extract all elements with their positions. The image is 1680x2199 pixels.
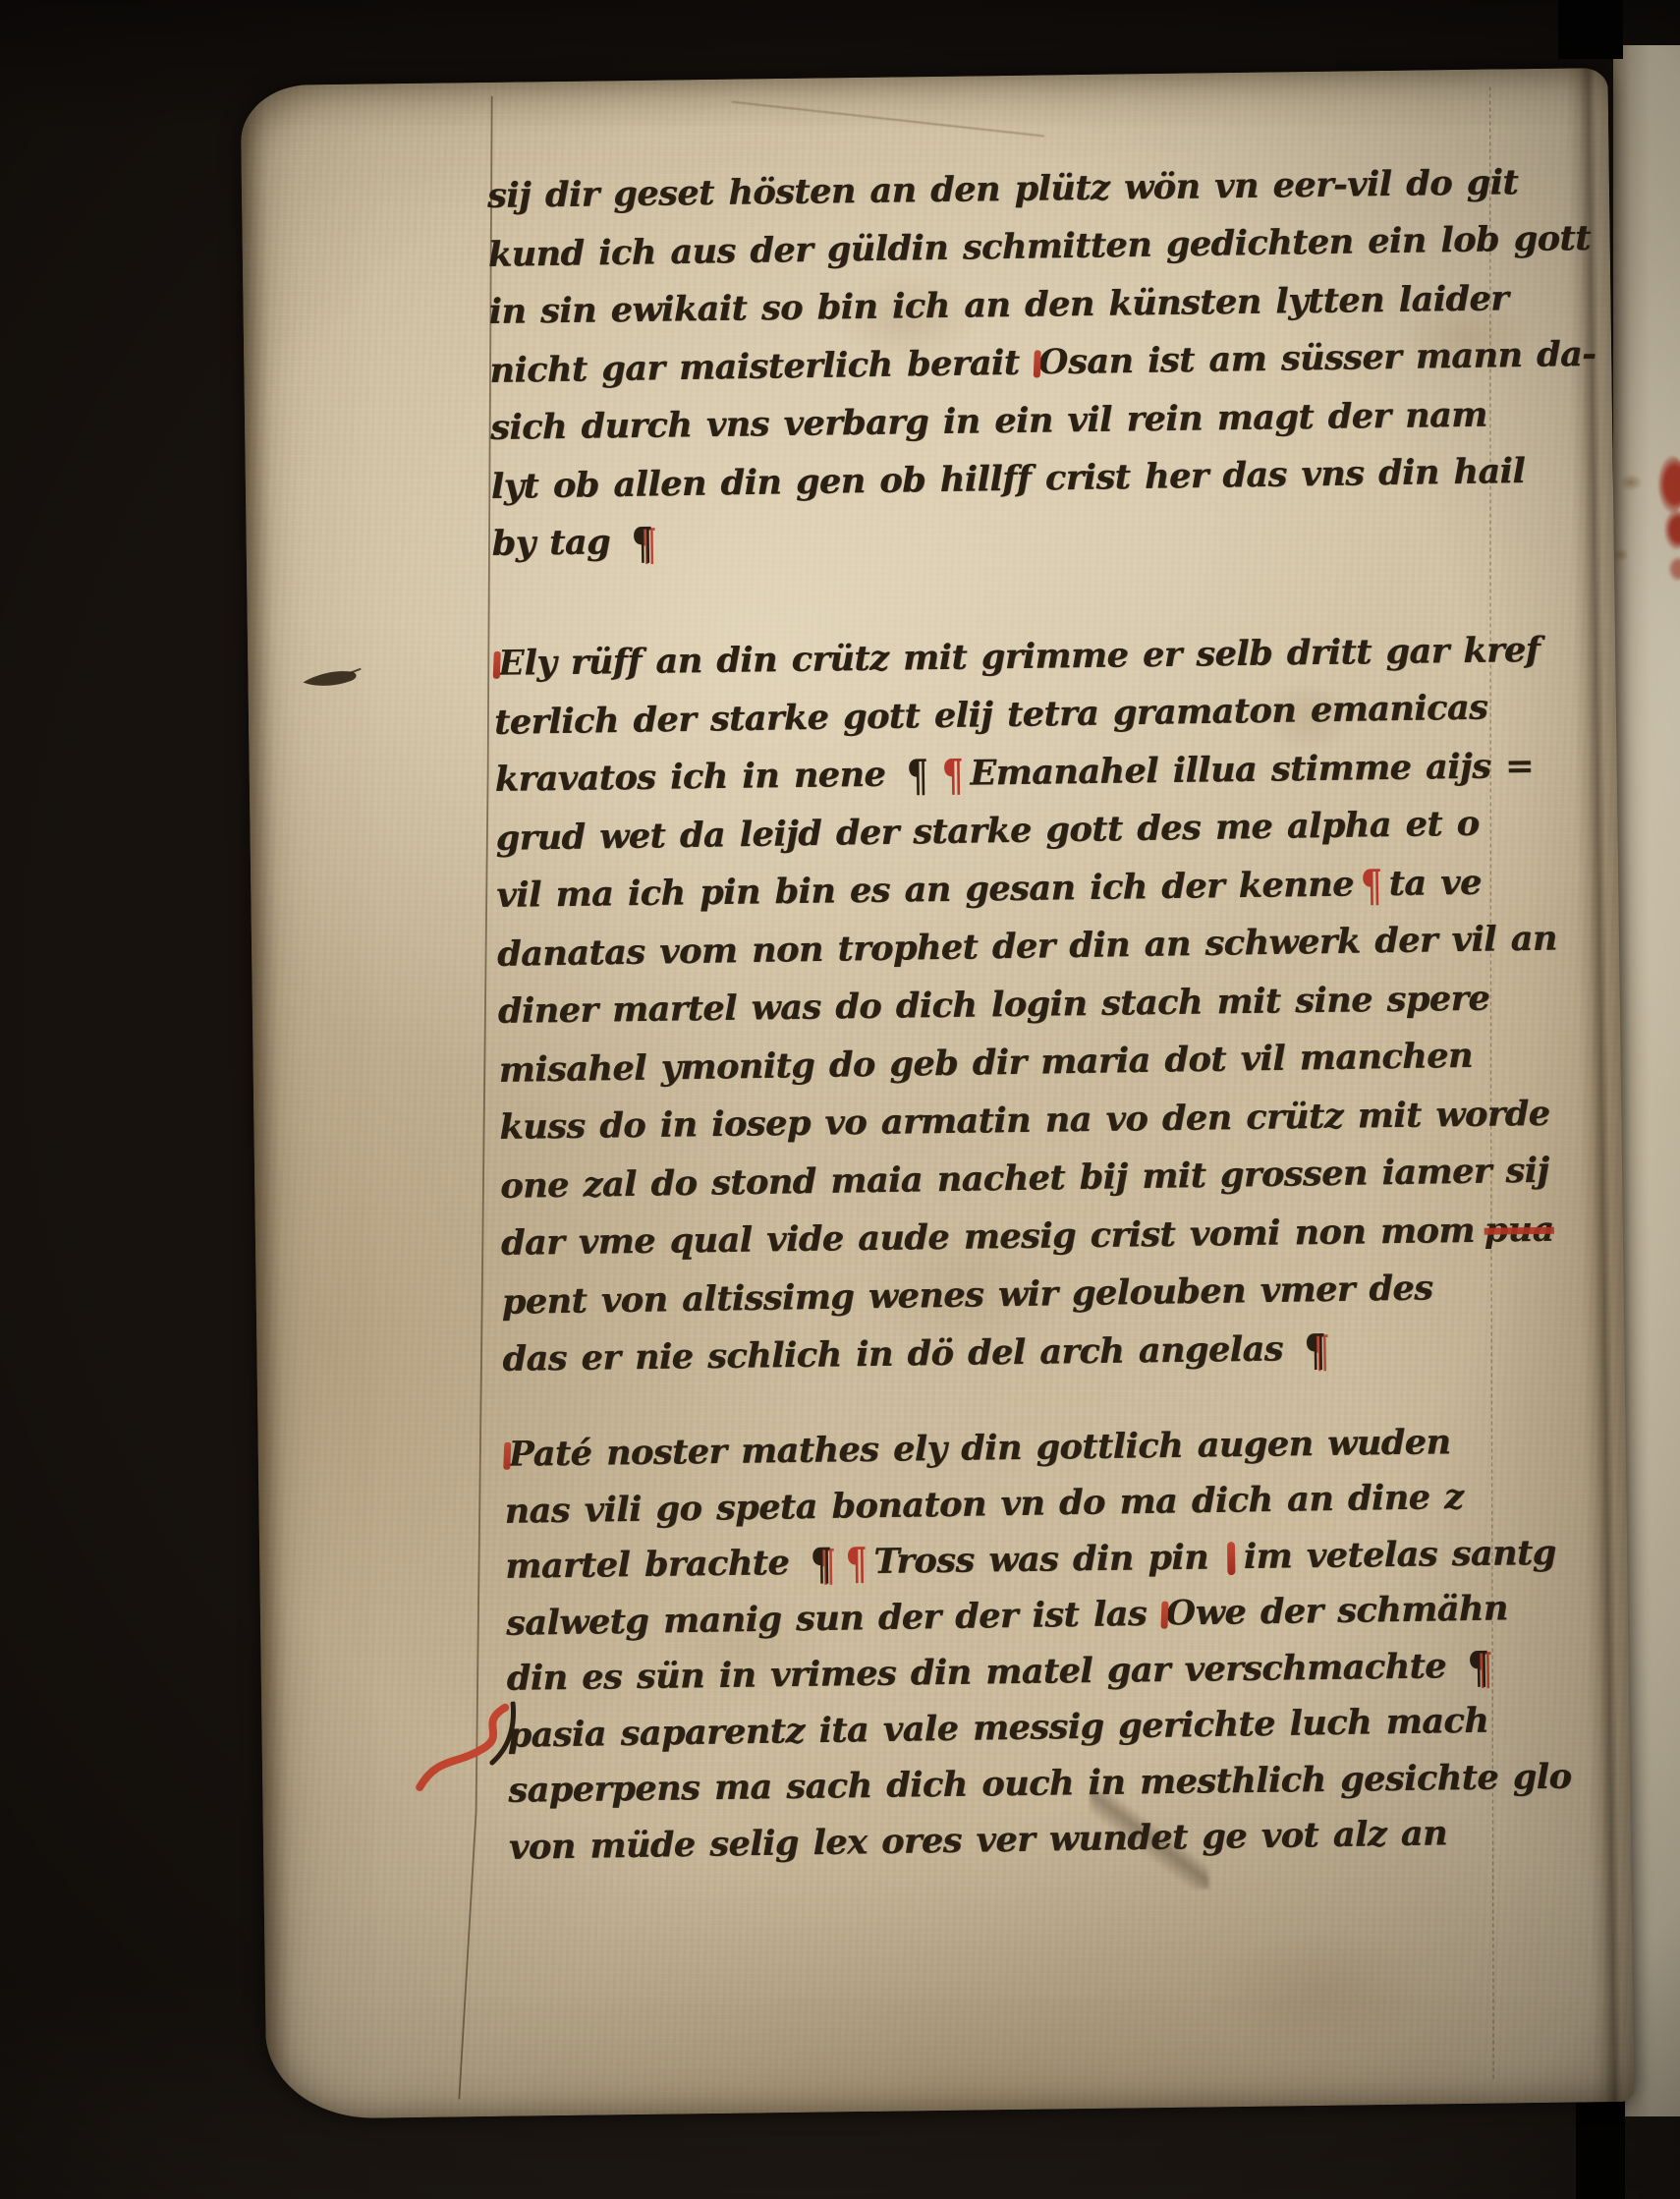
manuscript-page: sij dir geset hösten an den plütz wön vn…: [241, 68, 1635, 2119]
text-run: san ist am süsser mann da-: [1068, 334, 1596, 382]
text-run: terlich der starke gott elij tetra grama…: [494, 688, 1488, 743]
text-run: sich durch vns verbarg in ein vil rein m…: [490, 395, 1487, 448]
text-run: vil ma ich pin bin es an gesan ich der k…: [496, 864, 1354, 915]
pilcrow-mark: ¶: [631, 507, 653, 582]
text-run: lyt ob allen din gen ob hillff crist her…: [491, 451, 1526, 507]
text-run: dar vme qual vide aude mesig crist vomi …: [501, 1211, 1475, 1264]
page-gap-shadow-bottom: [1576, 2101, 1625, 2199]
red-stroke-mark: [1226, 1542, 1234, 1575]
paragraph-1: sij dir geset hösten an den plütz wön vn…: [487, 152, 1598, 573]
text-run: we der schmähn: [1195, 1588, 1508, 1633]
page-gap-shadow-top: [1558, 0, 1623, 59]
text-run: salwetg manig sun der der ist las: [506, 1594, 1161, 1644]
stain: [1619, 474, 1643, 491]
text-run: kund ich aus der güldin schmitten gedich…: [487, 218, 1591, 275]
red-initial-stroke: [503, 1442, 511, 1470]
text-run: nas vili go speta bonaton vn do ma dich …: [504, 1477, 1463, 1532]
text-run: in sin ewikait so bin ich an den künsten…: [488, 278, 1508, 332]
red-edge-mark-lower: [1664, 509, 1680, 550]
text-run: danatas vom non trophet der din an schwe…: [497, 918, 1557, 974]
rubricated-initial: E: [493, 643, 525, 683]
text-run: ta ve: [1388, 863, 1482, 904]
text-run: misahel ymonitg do geb dir maria dot vil…: [498, 1036, 1473, 1091]
text-run: das er nie schlich in dö del arch angela…: [502, 1328, 1298, 1380]
red-initial-stroke: [493, 651, 501, 679]
text-run: von müde selig lex ores ver wundet ge vo…: [509, 1813, 1447, 1867]
text-run: one zal do stond maia nachet bij mit gro…: [500, 1151, 1549, 1207]
rubricated-initial: O: [1160, 1593, 1196, 1634]
text-run: im vetelas santg: [1243, 1533, 1555, 1577]
text-run: pasia saparentz ita vale messig gerichte…: [507, 1701, 1488, 1756]
text-run: pent von altissimg wenes wir gelouben vm…: [501, 1268, 1432, 1322]
text-run: kuss do in iosep vo armatin na vo den cr…: [499, 1094, 1550, 1148]
pilcrow-mark: ¶: [1304, 1314, 1326, 1388]
text-run: diner martel was do dich login stach mit…: [498, 979, 1490, 1032]
text-run: kravatos ich in nene: [495, 754, 901, 799]
text-run: nicht gar maisterlich berait: [489, 342, 1034, 390]
text-run: martel brachte: [505, 1543, 804, 1587]
text-run: by tag: [491, 522, 625, 564]
strikethrough-word: pua: [1484, 1210, 1554, 1251]
text-run: din es sün in vrimes din matel gar versc…: [506, 1646, 1460, 1699]
text-run: grud wet da leijd der starke gott des me…: [495, 804, 1480, 859]
paragraph-3: Paté noster mathes ely din gottlich auge…: [503, 1413, 1572, 1875]
text-run: até noster mathes ely din gottlich augen…: [532, 1422, 1450, 1474]
manuscript-photo: sij dir geset hösten an den plütz wön vn…: [0, 0, 1680, 2199]
text-run: Tross was din pin: [873, 1537, 1223, 1582]
text-run: saperpens ma sach dich ouch in mesthlich…: [508, 1757, 1572, 1811]
rubricated-initial: O: [1034, 342, 1069, 383]
text-run: Emanahel illua stimme aijs =: [970, 746, 1534, 794]
rubricated-initial: P: [504, 1434, 533, 1474]
text-block: sij dir geset hösten an den plütz wön vn…: [241, 68, 1635, 2119]
red-edge-mark-faint: [1668, 556, 1680, 582]
red-edge-mark-upper: [1658, 456, 1680, 513]
text-run: sij dir geset hösten an den plütz wön vn…: [487, 162, 1519, 216]
text-run: ly rüff an din crütz mit grimme er selb …: [524, 630, 1540, 684]
red-initial-stroke: [1160, 1601, 1168, 1628]
paragraph-2: Ely rüff an din crütz mit grimme er selb…: [493, 621, 1563, 1388]
red-initial-stroke: [1034, 350, 1041, 377]
